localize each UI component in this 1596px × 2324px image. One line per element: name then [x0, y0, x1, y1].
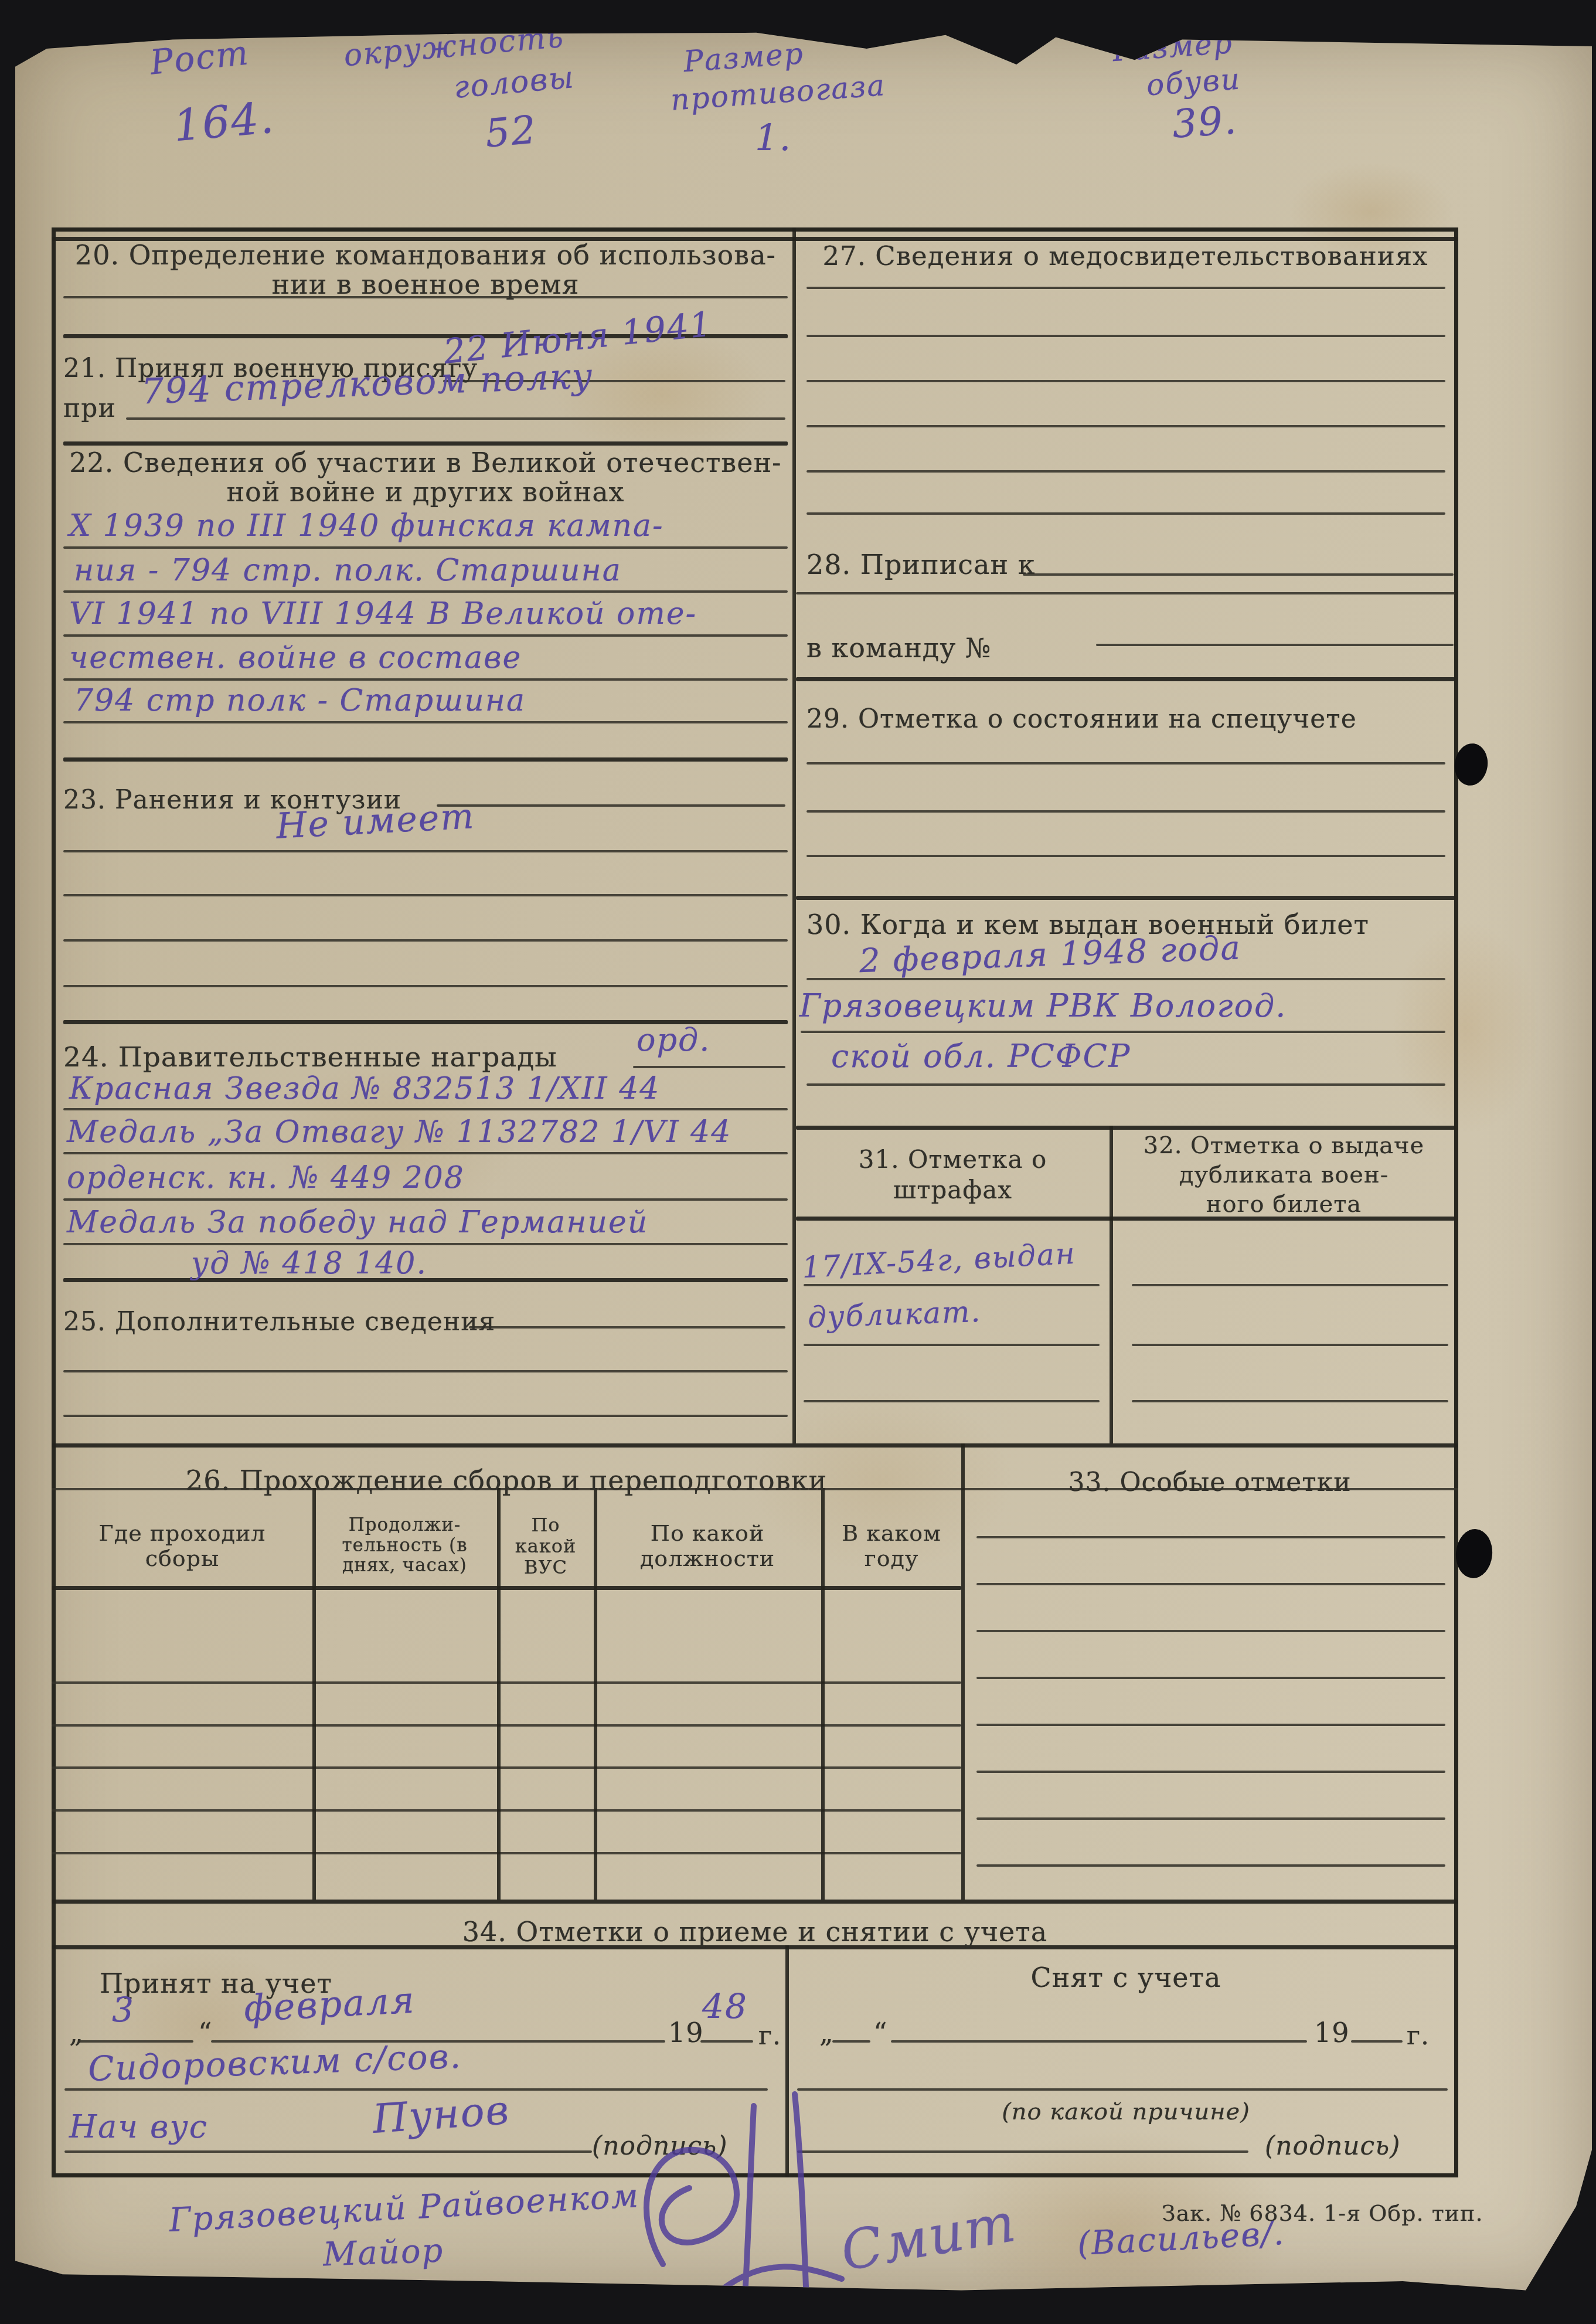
war-service-line-3: VI 1941 по VIII 1944 В Великой оте-	[69, 598, 697, 630]
ruled-line	[63, 939, 788, 942]
ruled-line	[806, 855, 1445, 857]
ruled-line	[796, 592, 1455, 594]
vertical-divider	[594, 1488, 597, 1900]
ruled-line	[804, 1284, 1100, 1286]
divider-line	[52, 1586, 961, 1590]
col-header-where: Где проходил сборы	[62, 1521, 302, 1571]
ruled-line	[976, 1583, 1445, 1585]
awards-line-5: уд № 418 140.	[191, 1248, 427, 1280]
ruled-line	[806, 335, 1445, 337]
accepted-quote-open: „	[69, 2018, 84, 2048]
accepted-month: февраля	[243, 1980, 416, 2027]
section-28-team-label: в команду №	[806, 633, 991, 664]
divider-line	[63, 441, 788, 446]
ruled-line	[52, 1681, 961, 1684]
ruled-line	[63, 1243, 788, 1245]
wounds-value: Не имеет	[275, 798, 476, 845]
shoe-size-label-1: Размер	[1111, 28, 1234, 67]
ruled-line	[976, 1677, 1445, 1679]
commissar-title: Грязовецкий Райвоенком	[168, 2179, 640, 2238]
ruled-line	[63, 634, 788, 637]
ruled-line	[806, 810, 1445, 813]
divider-line	[796, 677, 1455, 681]
divider-line	[52, 1900, 1458, 1904]
section-27-title: 27. Сведения о медосвидетельствованиях	[796, 242, 1455, 271]
ruled-line	[804, 1400, 1100, 1402]
war-service-line-2: ния - 794 стр. полк. Старшина	[74, 555, 622, 587]
ruled-line	[806, 287, 1445, 289]
accepted-day: 3	[112, 1992, 135, 2028]
section-22-title-line1: 22. Сведения об участии в Великой отечес…	[63, 448, 788, 478]
ruled-line	[976, 1817, 1445, 1820]
section-32-title-line3: ного билета	[1113, 1191, 1455, 1218]
col-header-vus: По какой ВУС	[502, 1515, 590, 1578]
ruled-line	[52, 1809, 961, 1812]
ruled-line	[63, 1370, 788, 1372]
section-28-label: 28. Приписан к	[806, 550, 1036, 580]
ruled-line	[801, 1031, 1445, 1033]
section-32-title-line2: дубликата воен-	[1113, 1162, 1455, 1188]
removed-quote-close: “	[873, 2018, 888, 2048]
ruled-line	[63, 721, 788, 723]
removed-year-prefix: 19	[1314, 2018, 1350, 2048]
vertical-divider	[497, 1488, 501, 1900]
ruled-line	[63, 1152, 788, 1154]
ruled-line	[891, 2040, 1307, 2043]
ruled-line	[63, 1108, 788, 1110]
commissar-rank: Майор	[322, 2234, 444, 2272]
section-22-title-line2: ной войне и других войнах	[63, 477, 788, 508]
vertical-divider	[792, 227, 796, 1443]
height-label: Рост	[148, 35, 251, 80]
section-34-title: 34. Отметки о приеме и снятии с учета	[52, 1917, 1458, 1948]
accepted-position: Нач вус	[69, 2111, 208, 2144]
accepted-signature: Пунов	[372, 2089, 511, 2141]
ruled-line	[1096, 644, 1454, 646]
head-circumference-value: 52	[484, 109, 539, 154]
ruled-line	[63, 678, 788, 681]
ruled-line	[1132, 1284, 1448, 1286]
accepted-year: 48	[702, 1989, 748, 2024]
ruled-line	[806, 380, 1445, 382]
ruled-line	[804, 1344, 1100, 1346]
ruled-line	[63, 850, 788, 852]
section-29-title: 29. Отметка о состоянии на спецучете	[806, 705, 1357, 733]
vertical-divider	[312, 1488, 316, 1900]
accepted-quote-close: “	[198, 2018, 213, 2048]
section-31-title-line1: 31. Отметка о	[796, 1146, 1110, 1173]
signature-flourish	[607, 2071, 935, 2305]
accepted-year-prefix: 19	[668, 2018, 704, 2048]
section-26-title: 26. Прохождение сборов и переподготовки	[52, 1466, 961, 1496]
ruled-line	[437, 804, 785, 807]
divider-line	[796, 1126, 1455, 1130]
ruled-line	[469, 1326, 785, 1329]
section-33-title: 33. Особые отметки	[961, 1468, 1458, 1497]
ruled-line	[633, 1066, 785, 1068]
col-header-position: По какой должности	[604, 1521, 811, 1571]
awards-line-3: орденск. кн. № 449 208	[67, 1162, 465, 1194]
ruled-line	[976, 1724, 1445, 1726]
ruled-line	[806, 762, 1445, 765]
ruled-line	[806, 470, 1445, 473]
divider-line	[63, 757, 788, 762]
ruled-line	[976, 1536, 1445, 1538]
fines-line-2: дубликат.	[807, 1296, 982, 1333]
ruled-line	[700, 2040, 753, 2043]
gas-mask-label-1: Размер	[682, 38, 805, 77]
war-service-line-4: чествен. войне в составе	[69, 642, 522, 674]
ruled-line	[64, 2150, 592, 2153]
ruled-line	[63, 1415, 788, 1417]
ruled-line	[806, 1083, 1445, 1086]
section-32-title-line1: 32. Отметка о выдаче	[1113, 1133, 1455, 1159]
ticket-issue-line-2: Грязовецким РВК Вологод.	[799, 990, 1287, 1023]
scanned-military-card: { "measurements": { "height_label": "Рос…	[0, 0, 1596, 2324]
removed-label: Снят с учета	[797, 1963, 1455, 1993]
ruled-line	[79, 2040, 193, 2043]
section-20-title-line1: 20. Определение командования об использо…	[63, 240, 788, 271]
awards-line-4: Медаль За победу над Германией	[67, 1207, 648, 1239]
awards-inline-value: орд.	[637, 1024, 710, 1057]
vertical-divider	[821, 1488, 825, 1900]
divider-line	[52, 1443, 1458, 1448]
ruled-line	[976, 1771, 1445, 1773]
ruled-line	[1132, 1344, 1448, 1346]
ruled-line	[63, 590, 788, 593]
ruled-line	[806, 512, 1445, 515]
col-header-year: В каком году	[827, 1521, 956, 1571]
ruled-line	[1351, 2040, 1403, 2043]
ruled-line	[976, 1630, 1445, 1632]
ruled-line	[1023, 573, 1454, 576]
section-21-prefix: при	[63, 394, 116, 423]
col-header-duration: Продолжи- тельность (в днях, часах)	[318, 1515, 491, 1576]
vertical-divider	[961, 1443, 965, 1900]
ruled-line	[126, 417, 785, 420]
section-20-title-line2: нии в военное время	[63, 270, 788, 300]
accepted-year-suffix: г.	[758, 2021, 781, 2050]
ruled-line	[976, 1864, 1445, 1867]
ruled-line	[1132, 1400, 1448, 1402]
hole-punch-bottom	[1454, 1527, 1494, 1579]
removed-year-suffix: г.	[1407, 2021, 1430, 2050]
ruled-line	[52, 1724, 961, 1727]
gas-mask-value: 1.	[755, 118, 792, 157]
awards-line-1: Красная Звезда № 832513 1/XII 44	[69, 1073, 660, 1105]
ruled-line	[63, 985, 788, 987]
ruled-line	[63, 894, 788, 896]
section-25-label: 25. Дополнительные сведения	[63, 1307, 495, 1336]
removed-quote-open: „	[819, 2018, 834, 2048]
shoe-size-value: 39.	[1171, 100, 1239, 145]
ruled-line	[832, 2040, 870, 2043]
awards-line-2: Медаль „За Отвагу № 1132782 1/VI 44	[67, 1116, 731, 1149]
shoe-size-label-2: обуви	[1145, 63, 1241, 101]
removed-signature-caption: (подпись)	[1265, 2132, 1400, 2160]
war-service-line-5: 794 стр полк - Старшина	[74, 685, 526, 717]
ruled-line	[52, 1766, 961, 1769]
ruled-line	[63, 546, 788, 549]
section-31-title-line2: штрафах	[796, 1176, 1110, 1204]
card-paper: Рост 164. окружность головы 52 Размер пр…	[15, 30, 1592, 2297]
ticket-issue-line-3: ской обл. РСФСР	[831, 1040, 1131, 1073]
war-service-line-1: X 1939 по III 1940 финская кампа-	[69, 510, 664, 542]
height-value: 164.	[172, 96, 277, 150]
verifier-signature-name: (Васильев/.	[1077, 2217, 1286, 2262]
divider-line	[796, 896, 1455, 900]
ruled-line	[52, 1852, 961, 1854]
section-24-label: 24. Правительственные награды	[63, 1042, 557, 1073]
ruled-line	[63, 1198, 788, 1201]
head-circumference-label-2: головы	[452, 62, 576, 104]
ruled-line	[806, 425, 1445, 427]
